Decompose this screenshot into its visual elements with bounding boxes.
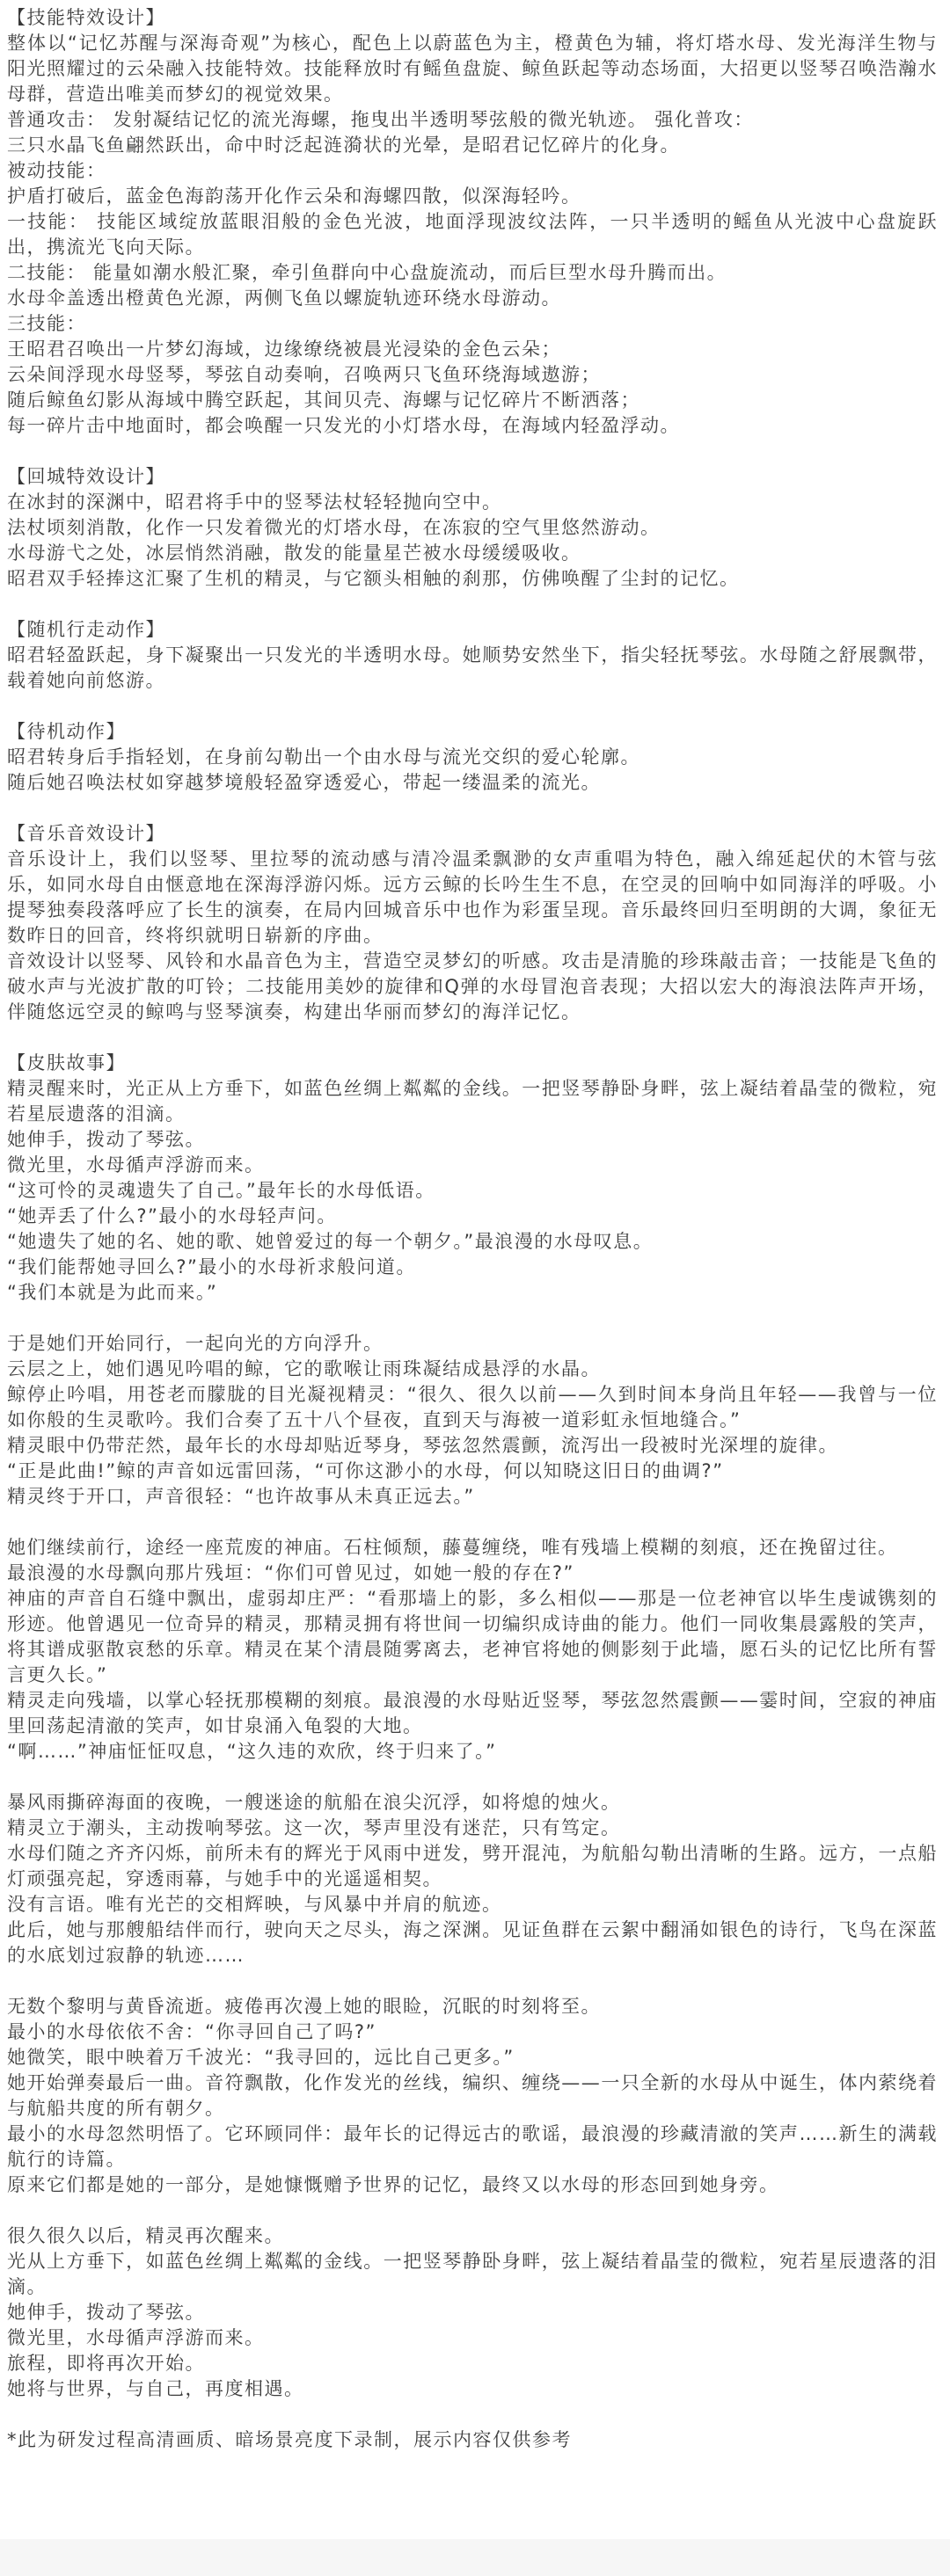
section-heading: 【随机行走动作】 bbox=[7, 617, 938, 643]
paragraph: 微光里，水母循声浮游而来。 bbox=[7, 1153, 938, 1178]
paragraph: 普通攻击： 发射凝结记忆的流光海螺，拖曳出半透明琴弦般的微光轨迹。 强化普攻： bbox=[7, 107, 938, 133]
paragraph: 最小的水母依依不舍：“你寻回自己了吗?” bbox=[7, 2019, 938, 2045]
paragraph-gap bbox=[7, 694, 938, 719]
paragraph-gap bbox=[7, 592, 938, 617]
paragraph: 她开始弹奏最后一曲。音符飘散，化作发光的丝线，编织、缠绕——一只全新的水母从中诞… bbox=[7, 2070, 938, 2121]
paragraph: 很久很久以后，精灵再次醒来。 bbox=[7, 2223, 938, 2249]
paragraph: 旅程，即将再次开始。 bbox=[7, 2351, 938, 2376]
paragraph-gap bbox=[7, 2402, 938, 2427]
paragraph-gap bbox=[7, 1765, 938, 1790]
paragraph: 最浪漫的水母飘向那片残垣：“你们可曾见过，如她一般的存在?” bbox=[7, 1561, 938, 1586]
paragraph: “她遗失了她的名、她的歌、她曾爱过的每一个朝夕。”最浪漫的水母叹息。 bbox=[7, 1229, 938, 1255]
paragraph: 她微笑，眼中映着万千波光：“我寻回的，远比自己更多。” bbox=[7, 2045, 938, 2070]
design-notes-page: 【技能特效设计】整体以“记忆苏醒与深海奇观”为核心，配色上以蔚蓝色为主，橙黄色为… bbox=[0, 0, 950, 2576]
paragraph: 无数个黎明与黄昏流逝。疲倦再次漫上她的眼睑，沉眠的时刻将至。 bbox=[7, 1994, 938, 2019]
paragraph: 精灵走向残墙，以掌心轻抚那模糊的刻痕。最浪漫的水母贴近竖琴，琴弦忽然震颤——霎时… bbox=[7, 1688, 938, 1739]
paragraph: 云层之上，她们遇见吟唱的鲸，它的歌喉让雨珠凝结成悬浮的水晶。 bbox=[7, 1357, 938, 1382]
paragraph: “这可怜的灵魂遗失了自己。”最年长的水母低语。 bbox=[7, 1178, 938, 1204]
paragraph: “她弄丢了什么?”最小的水母轻声问。 bbox=[7, 1204, 938, 1229]
section-heading: 【皮肤故事】 bbox=[7, 1051, 938, 1076]
paragraph: 她们继续前行，途经一座荒废的神庙。石柱倾颓，藤蔓缠绕，唯有残墙上模糊的刻痕，还在… bbox=[7, 1535, 938, 1561]
paragraph-gap bbox=[7, 796, 938, 821]
paragraph: 云朵间浮现水母竖琴，琴弦自动奏响，召唤两只飞鱼环绕海域遨游； bbox=[7, 362, 938, 388]
paragraph: 她伸手，拨动了琴弦。 bbox=[7, 1127, 938, 1153]
paragraph: 光从上方垂下，如蓝色丝绸上粼粼的金线。一把竖琴静卧身畔，弦上凝结着晶莹的微粒，宛… bbox=[7, 2249, 938, 2300]
paragraph: 整体以“记忆苏醒与深海奇观”为核心，配色上以蔚蓝色为主，橙黄色为辅，将灯塔水母、… bbox=[7, 31, 938, 107]
paragraph: 鲸停止吟唱，用苍老而朦胧的目光凝视精灵：“很久、很久以前——久到时间本身尚且年轻… bbox=[7, 1382, 938, 1433]
paragraph: 一技能： 技能区域绽放蓝眼泪般的金色光波，地面浮现波纹法阵，一只半透明的鳐鱼从光… bbox=[7, 209, 938, 260]
section-heading: 【技能特效设计】 bbox=[7, 5, 938, 31]
paragraph: 她将与世界，与自己，再度相遇。 bbox=[7, 2376, 938, 2402]
paragraph-gap bbox=[7, 439, 938, 464]
paragraph: 音乐设计上，我们以竖琴、里拉琴的流动感与清冷温柔飘渺的女声重唱为特色，融入绵延起… bbox=[7, 847, 938, 949]
paragraph: 微光里，水母循声浮游而来。 bbox=[7, 2325, 938, 2351]
paragraph: 音效设计以竖琴、风铃和水晶音色为主，营造空灵梦幻的听感。攻击是清脆的珍珠敲击音；… bbox=[7, 949, 938, 1025]
paragraph: 精灵终于开口，声音很轻：“也许故事从未真正远去。” bbox=[7, 1484, 938, 1510]
paragraph: “我们本就是为此而来。” bbox=[7, 1280, 938, 1306]
document-content: 【技能特效设计】整体以“记忆苏醒与深海奇观”为核心，配色上以蔚蓝色为主，橙黄色为… bbox=[0, 0, 950, 2453]
paragraph: “正是此曲!”鲸的声音如远雷回荡，“可你这渺小的水母，何以知晓这旧日的曲调?” bbox=[7, 1459, 938, 1484]
section-heading: 【回城特效设计】 bbox=[7, 464, 938, 490]
paragraph: 护盾打破后，蓝金色海韵荡开化作云朵和海螺四散，似深海轻吟。 bbox=[7, 184, 938, 209]
paragraph: 最小的水母忽然明悟了。它环顾同伴：最年长的记得远古的歌谣，最浪漫的珍藏清澈的笑声… bbox=[7, 2121, 938, 2172]
paragraph: 昭君轻盈跃起，身下凝聚出一只发光的半透明水母。她顺势安然坐下，指尖轻抚琴弦。水母… bbox=[7, 643, 938, 694]
paragraph: 三技能： bbox=[7, 311, 938, 337]
paragraph: 水母们随之齐齐闪烁，前所未有的辉光于风雨中迸发，劈开混沌，为航船勾勒出清晰的生路… bbox=[7, 1841, 938, 1892]
paragraph: 精灵醒来时，光正从上方垂下，如蓝色丝绸上粼粼的金线。一把竖琴静卧身畔，弦上凝结着… bbox=[7, 1076, 938, 1127]
paragraph-gap bbox=[7, 1306, 938, 1331]
footnote: *此为研发过程高清画质、暗场景亮度下录制，展示内容仅供参考 bbox=[7, 2427, 938, 2453]
paragraph: 于是她们开始同行，一起向光的方向浮升。 bbox=[7, 1331, 938, 1357]
paragraph-gap bbox=[7, 1968, 938, 1994]
paragraph-gap bbox=[7, 1510, 938, 1535]
paragraph-gap bbox=[7, 1025, 938, 1051]
paragraph: 精灵眼中仍带茫然，最年长的水母却贴近琴身，琴弦忽然震颤，流泻出一段被时光深埋的旋… bbox=[7, 1433, 938, 1459]
paragraph: 水母伞盖透出橙黄色光源，两侧飞鱼以螺旋轨迹环绕水母游动。 bbox=[7, 286, 938, 311]
paragraph: 在冰封的深渊中，昭君将手中的竖琴法杖轻轻抛向空中。 bbox=[7, 490, 938, 515]
paragraph: “我们能帮她寻回么?”最小的水母祈求般问道。 bbox=[7, 1255, 938, 1280]
paragraph: 昭君转身后手指轻划，在身前勾勒出一个由水母与流光交织的爱心轮廓。 bbox=[7, 745, 938, 770]
paragraph: 昭君双手轻捧这汇聚了生机的精灵，与它额头相触的刹那，仿佛唤醒了尘封的记忆。 bbox=[7, 566, 938, 592]
paragraph-gap bbox=[7, 2198, 938, 2223]
paragraph: 没有言语。唯有光芒的交相辉映，与风暴中并肩的航迹。 bbox=[7, 1892, 938, 1917]
bottom-strip bbox=[0, 2539, 950, 2576]
paragraph: “啊……”神庙怔怔叹息，“这久违的欢欣，终于归来了。” bbox=[7, 1739, 938, 1765]
paragraph: 随后她召唤法杖如穿越梦境般轻盈穿透爱心，带起一缕温柔的流光。 bbox=[7, 770, 938, 796]
paragraph: 被动技能： bbox=[7, 158, 938, 184]
paragraph: 她伸手，拨动了琴弦。 bbox=[7, 2300, 938, 2325]
paragraph: 神庙的声音自石缝中飘出，虚弱却庄严：“看那墙上的影，多么相似——那是一位老神官以… bbox=[7, 1586, 938, 1688]
paragraph: 暴风雨撕碎海面的夜晚，一艘迷途的航船在浪尖沉浮，如将熄的烛火。 bbox=[7, 1790, 938, 1816]
paragraph: 二技能： 能量如潮水般汇聚，牵引鱼群向中心盘旋流动，而后巨型水母升腾而出。 bbox=[7, 260, 938, 286]
paragraph: 水母游弋之处，冰层悄然消融，散发的能量星芒被水母缓缓吸收。 bbox=[7, 541, 938, 566]
section-heading: 【待机动作】 bbox=[7, 719, 938, 745]
paragraph: 三只水晶飞鱼翩然跃出，命中时泛起涟漪状的光晕，是昭君记忆碎片的化身。 bbox=[7, 133, 938, 158]
paragraph: 原来它们都是她的一部分，是她慷慨赠予世界的记忆，最终又以水母的形态回到她身旁。 bbox=[7, 2172, 938, 2198]
section-heading: 【音乐音效设计】 bbox=[7, 821, 938, 847]
paragraph: 随后鲸鱼幻影从海域中腾空跃起，其间贝壳、海螺与记忆碎片不断洒落； bbox=[7, 388, 938, 413]
paragraph: 法杖顷刻消散，化作一只发着微光的灯塔水母，在冻寂的空气里悠然游动。 bbox=[7, 515, 938, 541]
paragraph: 王昭君召唤出一片梦幻海域，边缘缭绕被晨光浸染的金色云朵； bbox=[7, 337, 938, 362]
paragraph: 精灵立于潮头，主动拨响琴弦。这一次，琴声里没有迷茫，只有笃定。 bbox=[7, 1816, 938, 1841]
paragraph: 此后，她与那艘船结伴而行，驶向天之尽头，海之深渊。见证鱼群在云絮中翻涌如银色的诗… bbox=[7, 1917, 938, 1968]
paragraph: 每一碎片击中地面时，都会唤醒一只发光的小灯塔水母，在海域内轻盈浮动。 bbox=[7, 413, 938, 439]
